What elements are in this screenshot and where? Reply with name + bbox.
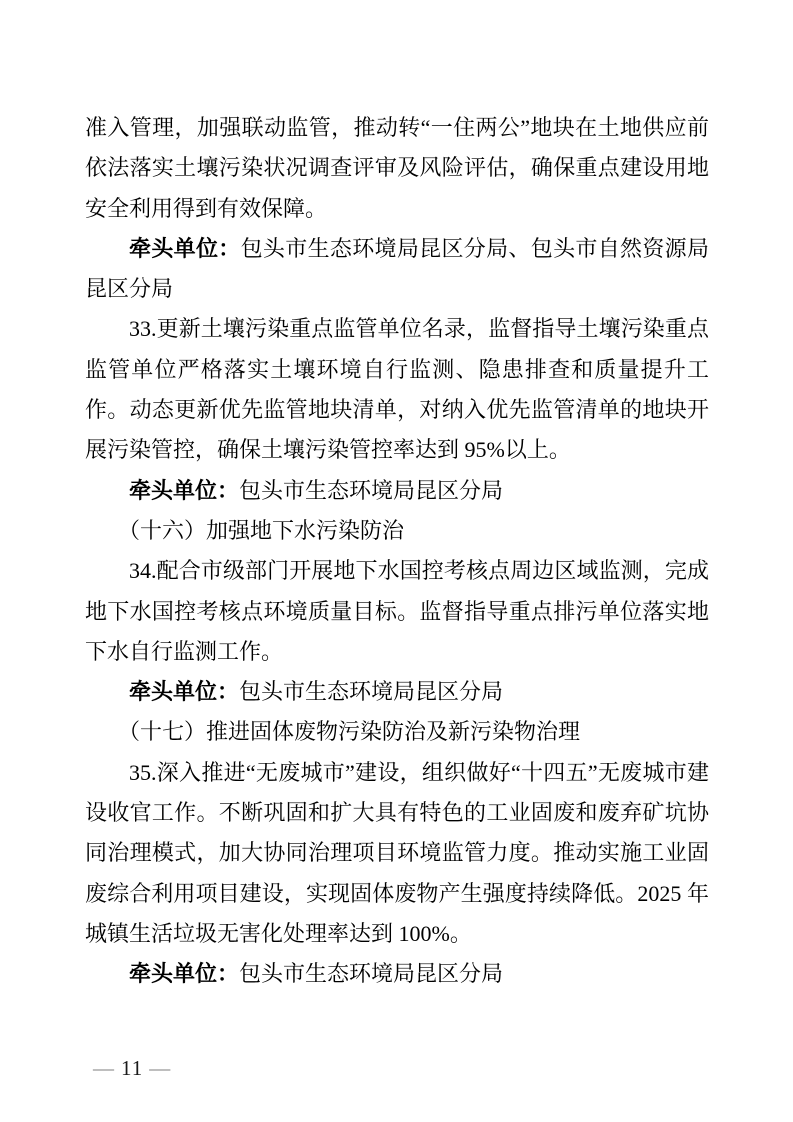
paragraph-continuation: 准入管理，加强联动监管，推动转“一住两公”地块在土地供应前依法落实土壤污染状况调…	[85, 108, 709, 229]
lead-unit-label: 牵头单位：	[129, 679, 239, 704]
section-heading-17: （十七）推进固体废物污染防治及新污染物治理	[85, 712, 709, 752]
footer-left-dash: —	[93, 1056, 115, 1080]
document-body: 准入管理，加强联动监管，推动转“一住两公”地块在土地供应前依法落实土壤污染状况调…	[85, 108, 709, 995]
lead-unit-line-4: 牵头单位：包头市生态环境局昆区分局	[85, 954, 709, 994]
footer-right-dash: —	[149, 1056, 171, 1080]
lead-unit-value: 包头市生态环境局昆区分局	[239, 679, 503, 704]
lead-unit-value: 包头市生态环境局昆区分局	[239, 961, 503, 986]
lead-unit-line-3: 牵头单位：包头市生态环境局昆区分局	[85, 672, 709, 712]
lead-unit-label: 牵头单位：	[129, 961, 239, 986]
page-number: 11	[115, 1056, 149, 1080]
lead-unit-value: 包头市生态环境局昆区分局	[239, 478, 503, 503]
document-page: 准入管理，加强联动监管，推动转“一住两公”地块在土地供应前依法落实土壤污染状况调…	[0, 0, 793, 1122]
paragraph-item-34: 34.配合市级部门开展地下水国控考核点周边区域监测，完成地下水国控考核点环境质量…	[85, 551, 709, 672]
lead-unit-label: 牵头单位：	[129, 236, 241, 261]
lead-unit-line-1: 牵头单位：包头市生态环境局昆区分局、包头市自然资源局昆区分局	[85, 229, 709, 310]
lead-unit-label: 牵头单位：	[129, 478, 239, 503]
lead-unit-line-2: 牵头单位：包头市生态环境局昆区分局	[85, 471, 709, 511]
paragraph-item-33: 33.更新土壤污染重点监管单位名录，监督指导土壤污染重点监管单位严格落实土壤环境…	[85, 309, 709, 470]
page-footer: —11—	[93, 1056, 171, 1080]
paragraph-item-35: 35.深入推进“无废城市”建设，组织做好“十四五”无废城市建设收官工作。不断巩固…	[85, 753, 709, 954]
section-heading-16: （十六）加强地下水污染防治	[85, 511, 709, 551]
